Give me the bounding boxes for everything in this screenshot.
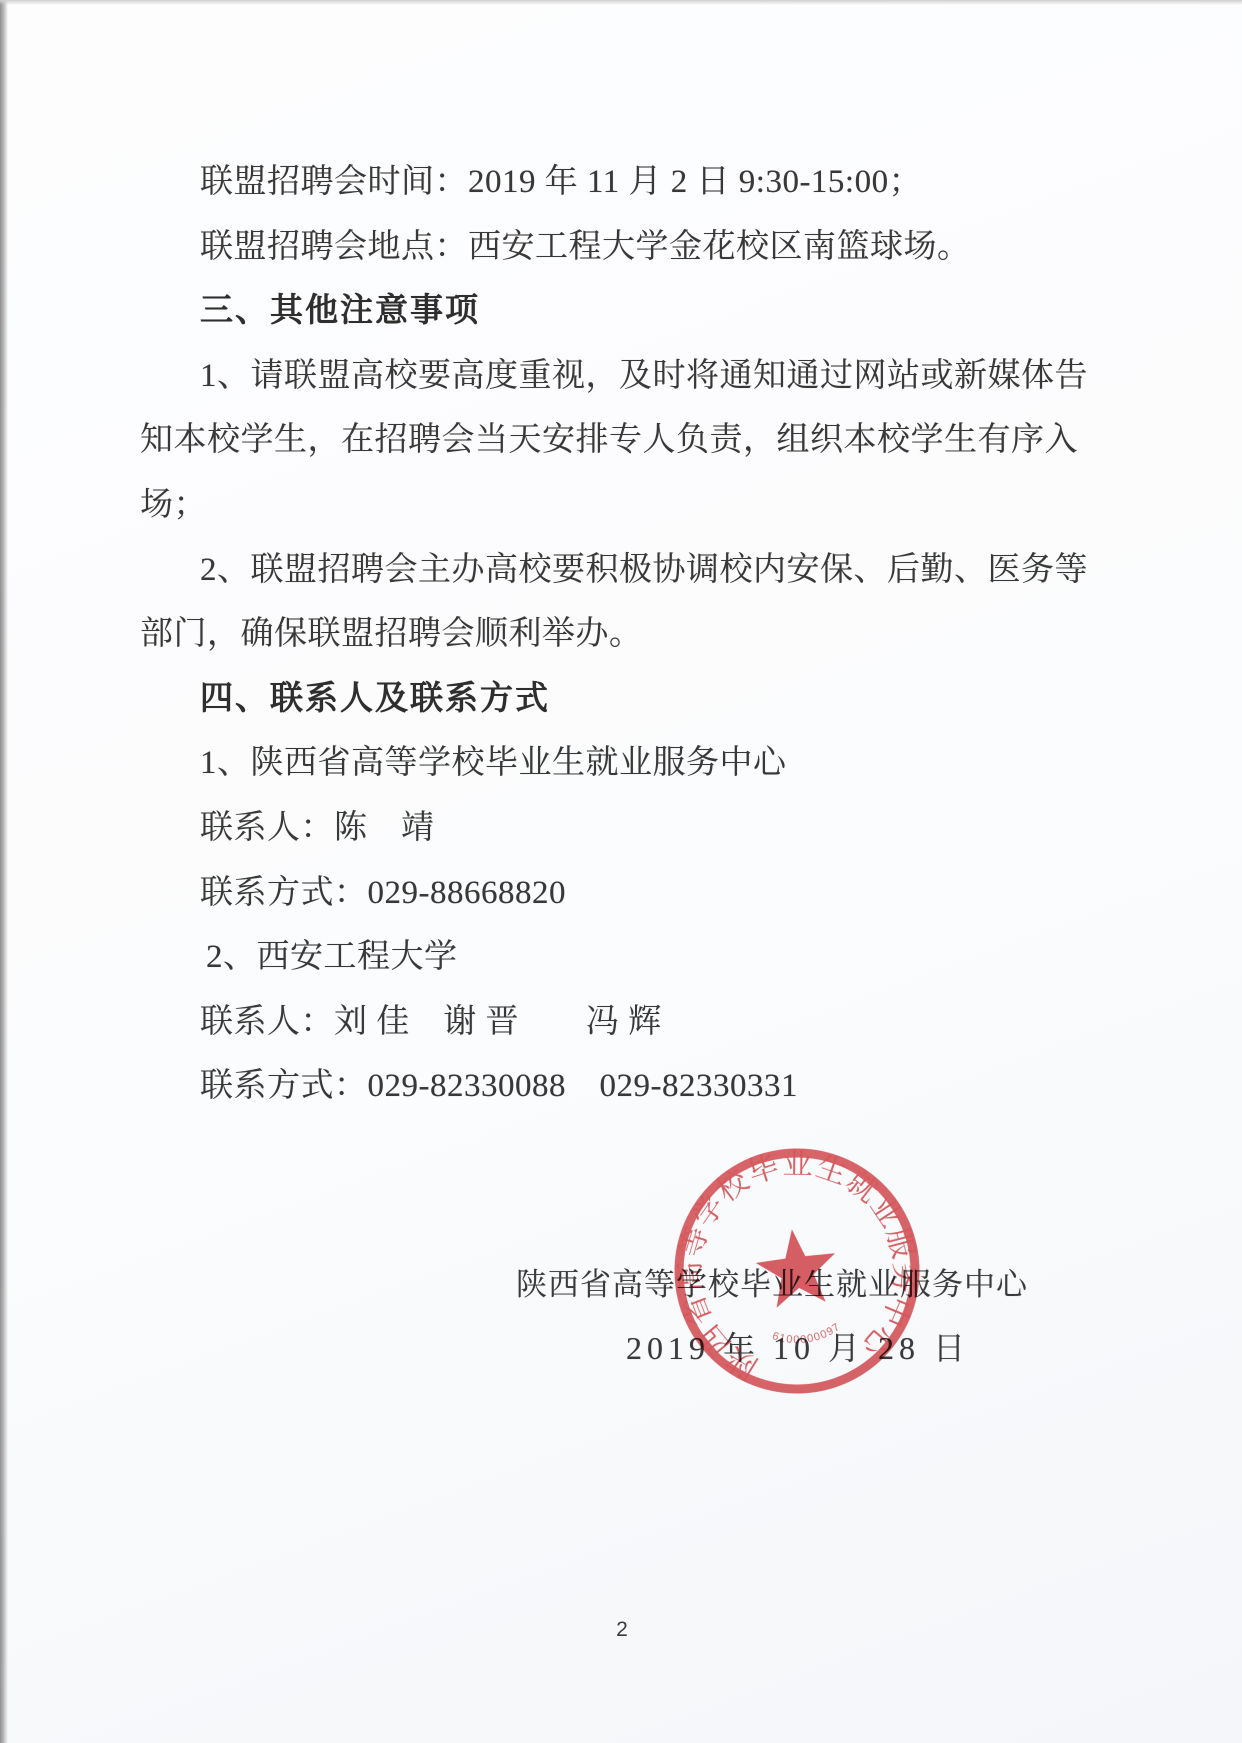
- line-item1-c: 场；: [140, 478, 207, 528]
- line-item1-a: 1、请联盟高校要高度重视，及时将通知通过网站或新媒体告: [200, 349, 1088, 399]
- official-seal-stamp: 陕西省高等学校毕业生就业服务中心 6100000097: [644, 1118, 949, 1423]
- line-contact-phone-1: 联系方式：029-88668820: [200, 866, 566, 916]
- seal-graphic: 陕西省高等学校毕业生就业服务中心 6100000097: [644, 1118, 949, 1423]
- line-contact-person-2: 联系人：刘 佳 谢 晋 冯 辉: [200, 995, 662, 1045]
- page-number: 2: [594, 1618, 650, 1642]
- line-contact-org-1: 1、陕西省高等学校毕业生就业服务中心: [200, 736, 787, 786]
- line-contact-org-2: 2、西安工程大学: [206, 930, 458, 980]
- line-contact-phone-2: 联系方式：029-82330088 029-82330331: [200, 1059, 798, 1109]
- line-item1-b: 知本校学生，在招聘会当天安排专人负责，组织本校学生有序入: [140, 413, 1078, 463]
- heading-section-3: 三、其他注意事项: [200, 284, 480, 334]
- line-item2-a: 2、联盟招聘会主办高校要积极协调校内安保、后勤、医务等: [200, 543, 1088, 593]
- line-item2-b: 部门，确保联盟招聘会顺利举办。: [140, 607, 643, 657]
- scan-edge-left: [0, 0, 8, 1743]
- line-meeting-place: 联盟招聘会地点：西安工程大学金花校区南篮球场。: [200, 220, 971, 270]
- document-page: 联盟招聘会时间：2019 年 11 月 2 日 9:30-15:00； 联盟招聘…: [0, 0, 1242, 1743]
- seal-star-icon: [752, 1224, 840, 1309]
- line-meeting-time: 联盟招聘会时间：2019 年 11 月 2 日 9:30-15:00；: [200, 155, 922, 205]
- heading-section-4: 四、联系人及联系方式: [200, 672, 550, 722]
- scan-edge-top: [0, 0, 1242, 5]
- line-contact-person-1: 联系人：陈 靖: [200, 801, 435, 851]
- seal-code-text: 6100000097: [769, 1320, 844, 1350]
